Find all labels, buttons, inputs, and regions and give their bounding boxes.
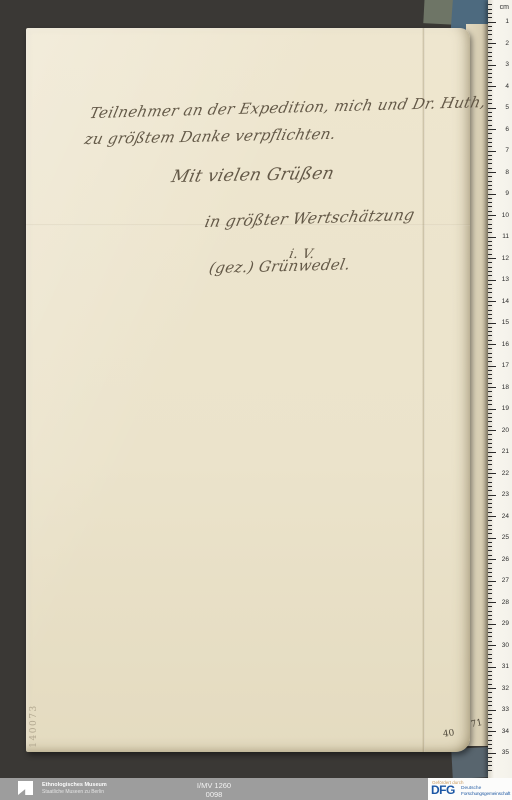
ruler-number: 17 xyxy=(502,362,509,369)
ruler-number: 21 xyxy=(502,448,509,455)
shelfmark-label: I/MV 1260 xyxy=(0,781,428,790)
ruler-tick xyxy=(488,331,492,332)
page-fold-line xyxy=(422,28,425,752)
ruler-tick xyxy=(488,391,492,392)
ruler-tick xyxy=(488,697,492,698)
ruler-tick xyxy=(488,606,492,607)
ruler-number: 18 xyxy=(502,384,509,391)
ruler-tick xyxy=(488,288,492,289)
ruler-tick xyxy=(488,155,492,156)
ruler-tick xyxy=(488,366,496,367)
ruler-tick xyxy=(488,499,492,500)
ruler-number: 26 xyxy=(502,556,509,563)
ruler-tick xyxy=(488,619,492,620)
handwritten-line-3: Mit vielen Grüßen xyxy=(169,164,336,187)
ruler-tick xyxy=(488,731,496,732)
ruler-tick xyxy=(488,181,492,182)
ruler-tick xyxy=(488,387,496,388)
ruler-tick xyxy=(488,323,496,324)
ruler-tick xyxy=(488,559,496,560)
ruler-tick xyxy=(488,434,492,435)
ruler-tick xyxy=(488,258,496,259)
ruler-number: 28 xyxy=(502,599,509,606)
ruler-tick xyxy=(488,555,492,556)
ruler-tick xyxy=(488,744,492,745)
ruler-tick xyxy=(488,563,492,564)
ruler-tick xyxy=(488,284,492,285)
ruler-tick xyxy=(488,116,492,117)
ruler-number: 20 xyxy=(502,427,509,434)
scan-page-number: 0098 xyxy=(0,790,428,799)
ruler-tick xyxy=(488,103,492,104)
ruler-tick xyxy=(488,400,492,401)
pencil-number-corner-left: 40 xyxy=(442,728,455,739)
ruler-tick xyxy=(488,172,496,173)
ruler-tick xyxy=(488,684,492,685)
ruler-tick xyxy=(488,615,492,616)
ruler-tick xyxy=(488,439,492,440)
ruler-tick xyxy=(488,714,492,715)
ruler-tick xyxy=(488,99,492,100)
ruler-tick xyxy=(488,108,496,109)
ruler-tick xyxy=(488,667,496,668)
ruler-tick xyxy=(488,430,496,431)
ruler-tick xyxy=(488,473,496,474)
ruler-number: 7 xyxy=(505,147,509,154)
ruler-tick xyxy=(488,151,496,152)
ruler-tick xyxy=(488,654,492,655)
ruler-number: 13 xyxy=(502,276,509,283)
ruler-number: 27 xyxy=(502,577,509,584)
ruler-number: 16 xyxy=(502,341,509,348)
ruler-tick xyxy=(488,662,492,663)
ruler-tick xyxy=(488,194,496,195)
ruler-tick xyxy=(488,138,492,139)
ruler-tick xyxy=(488,568,492,569)
ruler-tick xyxy=(488,52,492,53)
ruler-tick xyxy=(488,464,492,465)
ruler-number: 35 xyxy=(502,749,509,756)
ruler-tick xyxy=(488,163,492,164)
ruler-tick xyxy=(488,404,492,405)
ruler-tick xyxy=(488,262,492,263)
ruler-tick xyxy=(488,688,496,689)
ruler-tick xyxy=(488,297,492,298)
ruler-tick xyxy=(488,254,492,255)
ruler-tick xyxy=(488,602,496,603)
ruler-tick xyxy=(488,237,496,238)
ruler-number: 9 xyxy=(505,190,509,197)
ruler-tick xyxy=(488,447,492,448)
ruler-tick xyxy=(488,503,492,504)
ruler-tick xyxy=(488,318,492,319)
ruler-tick xyxy=(488,585,492,586)
ruler-number: 34 xyxy=(502,728,509,735)
ruler-tick xyxy=(488,271,492,272)
ruler-tick xyxy=(488,525,492,526)
ruler-tick xyxy=(488,280,496,281)
ruler-tick xyxy=(488,581,496,582)
ruler-tick xyxy=(488,705,492,706)
ruler-number: 29 xyxy=(502,620,509,627)
ruler-tick xyxy=(488,95,492,96)
ruler-tick xyxy=(488,73,492,74)
ruler-tick xyxy=(488,228,492,229)
ruler-number: 25 xyxy=(502,534,509,541)
ruler-tick xyxy=(488,305,492,306)
ruler-tick xyxy=(488,589,492,590)
ruler-tick xyxy=(488,348,492,349)
ruler-tick xyxy=(488,224,492,225)
ruler-tick xyxy=(488,675,492,676)
ruler-tick xyxy=(488,413,492,414)
ruler-tick xyxy=(488,374,492,375)
ruler-tick xyxy=(488,90,492,91)
ruler-tick xyxy=(488,292,492,293)
ruler-tick xyxy=(488,275,492,276)
ruler-tick xyxy=(488,301,496,302)
ruler-tick xyxy=(488,761,492,762)
ruler-tick xyxy=(488,426,492,427)
ruler-tick xyxy=(488,477,492,478)
ruler-tick xyxy=(488,26,492,27)
scan-stage: Teilnehmer an der Expedition, mich und D… xyxy=(0,0,512,800)
ruler-tick xyxy=(488,202,492,203)
ruler-tick xyxy=(488,335,492,336)
ruler-tick xyxy=(488,456,492,457)
ruler-tick xyxy=(488,249,492,250)
ruler-tick xyxy=(488,17,492,18)
ruler-tick xyxy=(488,112,492,113)
ruler-unit-label: cm xyxy=(500,4,509,11)
ruler-tick xyxy=(488,314,492,315)
ruler-number: 14 xyxy=(502,298,509,305)
ruler-number: 33 xyxy=(502,706,509,713)
ruler-number: 24 xyxy=(502,513,509,520)
ruler-tick xyxy=(488,576,492,577)
ruler-tick xyxy=(488,550,492,551)
ruler-tick xyxy=(488,632,492,633)
ruler-tick xyxy=(488,310,492,311)
ruler-tick xyxy=(488,340,492,341)
ruler-tick xyxy=(488,533,492,534)
ruler-tick xyxy=(488,624,496,625)
ruler-tick xyxy=(488,47,492,48)
ruler-tick xyxy=(488,645,496,646)
ruler-tick xyxy=(488,628,492,629)
dfg-funding-block: Gefördert durch DFG Deutsche Forschungsg… xyxy=(428,778,512,800)
ruler-tick xyxy=(488,611,492,612)
ruler-tick xyxy=(488,701,492,702)
pencil-number-vertical: 140073 xyxy=(29,696,41,756)
ruler-tick xyxy=(488,198,492,199)
ruler-tick xyxy=(488,740,492,741)
ruler-tick xyxy=(488,361,492,362)
ruler-tick xyxy=(488,344,496,345)
ruler-tick xyxy=(488,22,496,23)
ruler-tick xyxy=(488,460,492,461)
ruler-tick xyxy=(488,658,492,659)
ruler-tick xyxy=(488,692,492,693)
ruler-tick xyxy=(488,671,492,672)
ruler-tick xyxy=(488,219,492,220)
ruler-tick xyxy=(488,495,496,496)
ruler-tick xyxy=(488,159,492,160)
ruler-tick xyxy=(488,452,496,453)
ruler-tick xyxy=(488,546,492,547)
ruler-tick xyxy=(488,82,492,83)
ruler-tick xyxy=(488,753,496,754)
ruler-tick xyxy=(488,593,492,594)
ruler-tick xyxy=(488,507,492,508)
ruler-tick xyxy=(488,176,492,177)
ruler-tick xyxy=(488,572,492,573)
ruler-tick xyxy=(488,65,496,66)
ruler-tick xyxy=(488,383,492,384)
ruler-tick xyxy=(488,353,492,354)
ruler-number: 19 xyxy=(502,405,509,412)
ruler-tick xyxy=(488,765,492,766)
ruler-tick xyxy=(488,520,492,521)
ruler-number: 1 xyxy=(505,18,509,25)
ruler-tick xyxy=(488,56,492,57)
ruler-number: 15 xyxy=(502,319,509,326)
ruler-number: 22 xyxy=(502,470,509,477)
ruler-tick xyxy=(488,30,492,31)
ruler-tick xyxy=(488,146,492,147)
ruler-tick xyxy=(488,469,492,470)
ruler-tick xyxy=(488,512,492,513)
ruler-tick xyxy=(488,443,492,444)
ruler-tick xyxy=(488,727,492,728)
ruler-number: 11 xyxy=(502,233,509,240)
ruler-tick xyxy=(488,636,492,637)
ruler-tick xyxy=(488,43,496,44)
ruler-tick xyxy=(488,77,492,78)
ruler-tick xyxy=(488,206,492,207)
ruler-tick xyxy=(488,9,492,10)
ruler-tick xyxy=(488,215,496,216)
funding-org-line1: Deutsche xyxy=(461,786,481,791)
ruler-tick xyxy=(488,245,492,246)
ruler-number: 2 xyxy=(505,40,509,47)
ruler-tick xyxy=(488,409,496,410)
ruler-number: 31 xyxy=(502,663,509,670)
ruler-number: 4 xyxy=(505,83,509,90)
ruler-tick xyxy=(488,735,492,736)
ruler-tick xyxy=(488,69,492,70)
ruler-tick xyxy=(488,357,492,358)
ruler-number: 3 xyxy=(505,61,509,68)
ruler-tick xyxy=(488,120,492,121)
ruler-tick xyxy=(488,710,496,711)
measurement-ruler: cm 1234567891011121314151617181920212223… xyxy=(488,0,512,778)
ruler-tick xyxy=(488,60,492,61)
ruler-tick xyxy=(488,482,492,483)
ruler-tick xyxy=(488,125,492,126)
ruler-tick xyxy=(488,421,492,422)
ruler-tick xyxy=(488,189,492,190)
ruler-tick xyxy=(488,168,492,169)
ruler-tick xyxy=(488,211,492,212)
ruler-tick xyxy=(488,185,492,186)
ruler-tick xyxy=(488,529,492,530)
ruler-tick xyxy=(488,86,496,87)
ruler-tick xyxy=(488,748,492,749)
handwritten-signature-line: (gez.) Grünwedel. xyxy=(208,255,352,277)
ruler-tick xyxy=(488,718,492,719)
ruler-tick xyxy=(488,4,492,5)
ruler-tick xyxy=(488,641,492,642)
ruler-tick xyxy=(488,538,496,539)
dfg-logo: DFG xyxy=(431,783,455,797)
ruler-tick xyxy=(488,598,492,599)
ruler-tick xyxy=(488,267,492,268)
ruler-number: 30 xyxy=(502,642,509,649)
ruler-tick xyxy=(488,370,492,371)
ruler-tick xyxy=(488,133,492,134)
ruler-number: 5 xyxy=(505,104,509,111)
ruler-tick xyxy=(488,129,496,130)
ruler-number: 8 xyxy=(505,169,509,176)
funding-org-line2: Forschungsgemeinschaft xyxy=(461,792,510,797)
ruler-tick xyxy=(488,757,492,758)
ruler-number: 32 xyxy=(502,685,509,692)
footer-bar: Ethnologisches Museum Staatliche Museen … xyxy=(0,778,512,800)
ruler-tick xyxy=(488,232,492,233)
ruler-tick xyxy=(488,378,492,379)
ruler-tick xyxy=(488,39,492,40)
ruler-tick xyxy=(488,542,492,543)
ruler-number: 12 xyxy=(502,255,509,262)
ruler-number: 23 xyxy=(502,491,509,498)
ruler-tick xyxy=(488,327,492,328)
ruler-tick xyxy=(488,490,492,491)
ruler-tick xyxy=(488,13,492,14)
ruler-tick xyxy=(488,770,492,771)
ruler-number: 6 xyxy=(505,126,509,133)
ruler-tick xyxy=(488,34,492,35)
ruler-tick xyxy=(488,649,492,650)
ruler-tick xyxy=(488,241,492,242)
ruler-tick xyxy=(488,142,492,143)
ruler-tick xyxy=(488,486,492,487)
ruler-tick xyxy=(488,417,492,418)
ruler-tick xyxy=(488,679,492,680)
ruler-tick xyxy=(488,722,492,723)
ruler-tick xyxy=(488,516,496,517)
ruler-tick xyxy=(488,396,492,397)
ruler-number: 10 xyxy=(502,212,509,219)
